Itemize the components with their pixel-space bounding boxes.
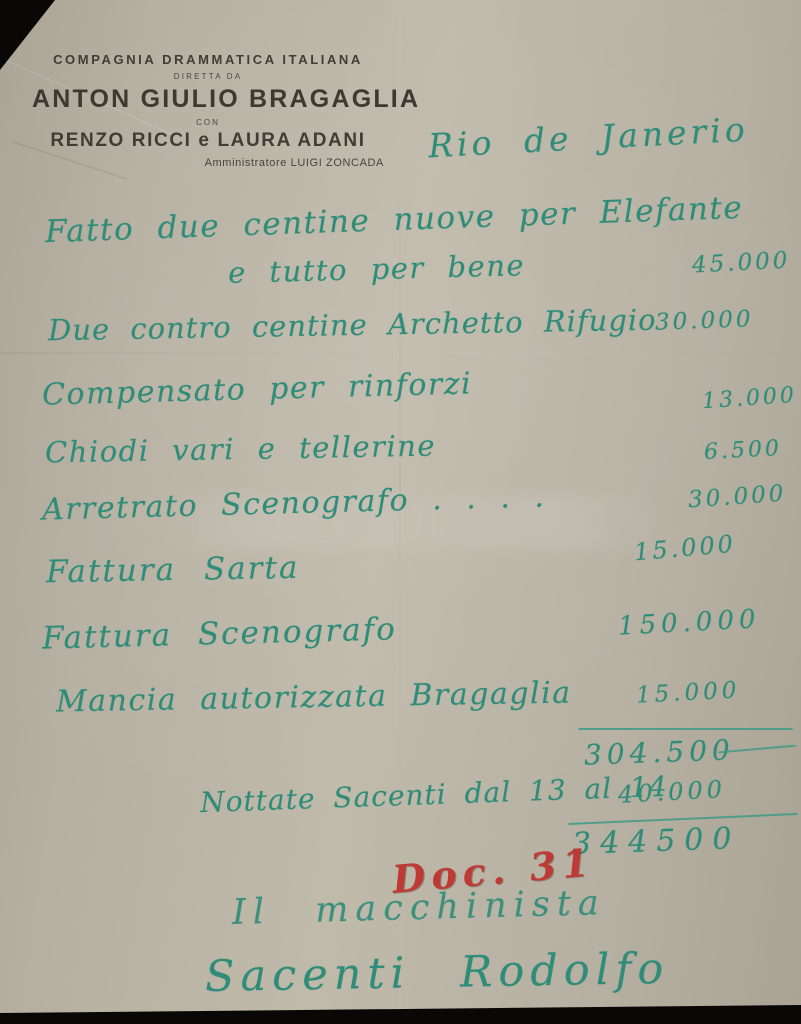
expense-item-description: Chiodi vari e tellerine	[45, 429, 437, 470]
letterhead-company: COMPAGNIA DRAMMATICA ITALIANA	[32, 52, 384, 67]
expense-item-amount: 150.000	[617, 604, 761, 641]
expense-item-description: Fattura Scenografo	[42, 611, 398, 656]
handwritten-place: Rio de Janerio	[427, 110, 749, 166]
expense-item-amount: 30.000	[687, 481, 787, 514]
letterhead-actors: RENZO RICCI e LAURA ADANI	[32, 130, 384, 152]
letterhead-with-label: CON	[32, 118, 384, 127]
subtotal-amount: 304.500	[583, 733, 735, 771]
scanned-paper: COMPAGNIA DRAMMATICA ITALIANA DIRETTA DA…	[0, 0, 801, 1024]
closing-role: Il macchinista	[232, 883, 607, 933]
expense-item-description: Fattura Sarta	[46, 550, 300, 590]
expense-item-description: Compensato per rinforzi	[42, 366, 473, 412]
letterhead: COMPAGNIA DRAMMATICA ITALIANA DIRETTA DA…	[32, 52, 384, 169]
expense-item-description: Mancia autorizzata Bragaglia	[56, 676, 572, 720]
night-work-amount: 40.000	[617, 775, 726, 809]
expense-item-amount: 45.000	[691, 247, 791, 278]
expense-item-description: e tutto per bene	[228, 248, 526, 290]
letterhead-director: ANTON GIULIO BRAGAGLIA	[32, 85, 384, 114]
expense-item-amount: 30.000	[655, 306, 754, 335]
night-work-description: Nottate Sacenti dal 13 al 14	[200, 770, 669, 819]
total-amount: 344500	[571, 821, 741, 862]
expense-item-amount: 13.000	[701, 383, 797, 415]
signature: Sacenti Rodolfo	[205, 944, 670, 1002]
letterhead-administrator: Amministratore LUIGI ZONCADA	[32, 157, 384, 169]
expense-item-amount: 6.500	[703, 436, 782, 465]
letterhead-directed-by-label: DIRETTA DA	[32, 72, 384, 81]
expense-item-amount: 15.000	[635, 677, 741, 708]
expense-item-description: Fatto due centine nuove per Elefante	[45, 190, 744, 250]
horizontal-fold-crease	[0, 352, 801, 354]
expense-item-description: Due contro centine Archetto Rifugio	[48, 303, 657, 348]
subtotal-rule	[578, 728, 793, 730]
